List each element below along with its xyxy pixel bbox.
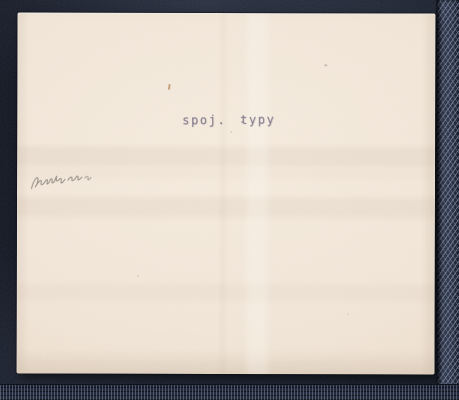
photo-scene: spoj. typy [0, 0, 459, 400]
paper-speck [137, 275, 139, 277]
paper-speck [324, 64, 327, 66]
paper-fiber-fleck [168, 84, 171, 90]
pencil-signature-mark [26, 165, 96, 196]
stockbook-binding-ribbon [436, 0, 459, 400]
stockbook-bottom-strip [0, 384, 459, 400]
paper-mottling-texture [17, 12, 436, 374]
paper-speck [347, 313, 349, 315]
paper-speck [230, 131, 232, 133]
handstamp-text: spoj. typy [182, 113, 275, 128]
stamp-block-reverse: spoj. typy [17, 12, 436, 374]
stray-ink-dot [241, 121, 243, 123]
